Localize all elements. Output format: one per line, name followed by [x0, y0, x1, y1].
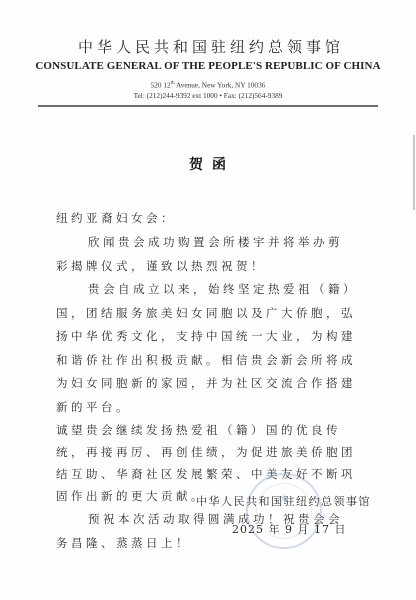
salutation: 纽约亚裔妇女会：	[56, 206, 356, 230]
letter-title: 贺函	[0, 154, 416, 174]
paragraph-2: 贵会自成立以来，始终坚定热爱祖（籍）国，团结服务旅美妇女同胞以及广大侨胞，弘扬中…	[56, 278, 356, 419]
letterhead-english-name: CONSULATE GENERAL OF THE PEOPLE'S REPUBL…	[0, 59, 416, 73]
letter-page: 中华人民共和国驻纽约总领事馆 CONSULATE GENERAL OF THE …	[0, 0, 416, 600]
letterhead: 中华人民共和国驻纽约总领事馆 CONSULATE GENERAL OF THE …	[0, 38, 416, 101]
letterhead-chinese-name: 中华人民共和国驻纽约总领事馆	[6, 38, 416, 56]
address-number: 520 12	[151, 80, 171, 89]
letterhead-contact: Tel: (212)244-9392 ext 1000 • Fax: (212)…	[0, 90, 416, 101]
address-street: Avenue, New York, NY 10036	[175, 80, 266, 89]
signature-organization: 中华人民共和国驻纽约总领事馆	[196, 494, 386, 510]
letterhead-address: 520 12th Avenue, New York, NY 10036	[0, 78, 416, 90]
letterhead-divider	[38, 105, 378, 107]
signature-block: 中华人民共和国驻纽约总领事馆 2025 年 9 月 17 日	[196, 494, 386, 538]
paragraph-1: 欣闻贵会成功购置会所楼宇并将举办剪彩揭牌仪式，谨致以热烈祝贺！	[56, 230, 356, 278]
signature-date: 2025 年 9 月 17 日	[196, 522, 386, 538]
